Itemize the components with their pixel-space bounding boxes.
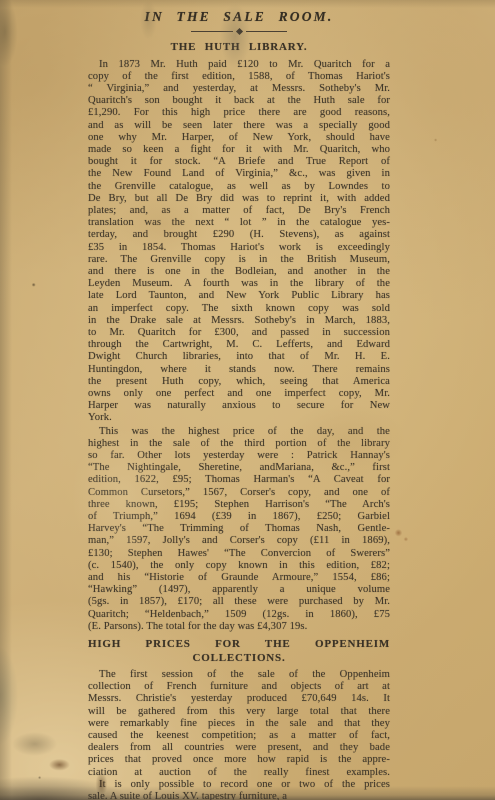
text-line: rare. The Grenville copy is in the Briti…	[88, 254, 390, 266]
text-line: made so keen a fight for it with Mr. Qua…	[88, 144, 390, 156]
text-line: terday, and brought £290 (H. Stevens), a…	[88, 229, 390, 241]
text-line: “The Nightingale, Sheretine, andMariana,…	[88, 462, 390, 474]
text-line: York.	[88, 412, 390, 424]
text-line: ciation at auction of the really finest …	[88, 767, 390, 779]
paragraph: This was the highest price of the day, a…	[88, 426, 390, 633]
rule-with-diamond-icon	[191, 29, 287, 34]
text-line: and there is one in the Bodleian, and an…	[88, 266, 390, 278]
text-line: The first session of the sale of the Opp…	[88, 669, 390, 681]
text-line: the Grenville catalogue, as well as by L…	[88, 181, 390, 193]
text-line: Dwight Church libraries, into that of Mr…	[88, 351, 390, 363]
text-line: Huntingdon, where it stands now. There r…	[88, 364, 390, 376]
text-line: the present Huth copy, which, seeing tha…	[88, 376, 390, 388]
text-line: £130; Stephen Hawes' “The Convercion of …	[88, 548, 390, 560]
text-line: £1,290. For this high price there are go…	[88, 107, 390, 119]
section-heading-line: THE HUTH LIBRARY.	[88, 41, 390, 55]
text-line: Quaritch's son bought it back at the Hut…	[88, 95, 390, 107]
text-line: three known, £195; Stephen Harrison's “T…	[88, 499, 390, 511]
section-heading-line: HIGH PRICES FOR THE OPPENHEIM	[88, 638, 390, 652]
article-2: HIGH PRICES FOR THE OPPENHEIMCOLLECTIONS…	[88, 638, 390, 800]
text-line: Leyden Museum. A fourth was in the libra…	[88, 278, 390, 290]
text-line: “Hawking” (1497), apparently a unique vo…	[88, 584, 390, 596]
text-line: the New Found Land of Virginia,” &c., wa…	[88, 168, 390, 180]
text-line: caused the keenest competition; as a mat…	[88, 730, 390, 742]
text-line: one why Mr. Harper, of New York, should …	[88, 132, 390, 144]
text-line: and as will be seen later there was a sp…	[88, 120, 390, 132]
text-line: “ Virginia,” and yesterday, at Messrs. S…	[88, 83, 390, 95]
newspaper-clipping-scan: IN THE SALE ROOM. THE HUTH LIBRARY.In 18…	[0, 0, 495, 800]
text-line: an imperfect copy. The sixth known copy …	[88, 303, 390, 315]
text-line: in the Drake sale at Messrs. Sotheby's i…	[88, 315, 390, 327]
diamond-icon	[235, 28, 242, 35]
divider-rule-left	[191, 31, 233, 32]
text-line: collection of French furniture and objec…	[88, 681, 390, 693]
text-line: Messrs. Christie's yesterday produced £7…	[88, 693, 390, 705]
text-line: (E. Parsons). The total for the day was …	[88, 621, 390, 633]
text-line: It is only possible to record one or two…	[88, 779, 390, 791]
text-line: Harper was naturally anxious to secure f…	[88, 400, 390, 412]
text-line: edition, 1622, £95; Thomas Harman's “A C…	[88, 474, 390, 486]
text-line: and his “Historie of Graunde Armoure,” 1…	[88, 572, 390, 584]
text-line: of Triumph,” 1694 (£39 in 1867), £250; G…	[88, 511, 390, 523]
text-line: late Lord Taunton, and New York Public L…	[88, 290, 390, 302]
article-column: IN THE SALE ROOM. THE HUTH LIBRARY.In 18…	[88, 0, 390, 800]
paragraph: In 1873 Mr. Huth paid £120 to Mr. Quarit…	[88, 59, 390, 425]
text-line: De Bry, but all De Bry did was to reprin…	[88, 193, 390, 205]
section-heading: THE HUTH LIBRARY.	[88, 41, 390, 55]
text-line: (c. 1540), the only copy known in this e…	[88, 560, 390, 572]
text-line: highest in the sale of the third portion…	[88, 438, 390, 450]
text-line: Harvey's “The Trimming of Thomas Nash, G…	[88, 523, 390, 535]
text-line: sale. A suite of Louis XV. tapestry furn…	[88, 791, 390, 800]
text-line: will be gathered from this very large to…	[88, 706, 390, 718]
text-line: owns only one perfect and one imperfect …	[88, 388, 390, 400]
text-line: In 1873 Mr. Huth paid £120 to Mr. Quarit…	[88, 59, 390, 71]
text-line: Quaritch; “Heldenbach,” 1509 (12gs. in 1…	[88, 609, 390, 621]
text-line: dealers from all countries were present,…	[88, 742, 390, 754]
text-line: (5gs. in 1857), £170; all these were pur…	[88, 596, 390, 608]
text-line: so far. Other lots yesterday were : Patr…	[88, 450, 390, 462]
text-line: to Mr. Quaritch for £300, and passed in …	[88, 327, 390, 339]
text-line: This was the highest price of the day, a…	[88, 426, 390, 438]
text-line: plates; and, as a matter of fact, De Bry…	[88, 205, 390, 217]
paragraph: The first session of the sale of the Opp…	[88, 669, 390, 800]
text-line: bought it for stock. “A Briefe and True …	[88, 156, 390, 168]
text-line: £35 in 1854. Thomas Hariot's work is exc…	[88, 242, 390, 254]
section-heading-line: COLLECTIONS.	[88, 652, 390, 666]
text-line: through the Cartwright, M. C. Lefferts, …	[88, 339, 390, 351]
text-line: translation was the next “ lot ” in the …	[88, 217, 390, 229]
text-line: man,” 1597, Jolly's and Corser's copy (£…	[88, 535, 390, 547]
text-line: Common Cursetors,” 1567, Corser's copy, …	[88, 487, 390, 499]
text-line: prices that proved once more how rapid i…	[88, 754, 390, 766]
text-line: copy of the first edition, 1588, of Thom…	[88, 71, 390, 83]
section-heading: HIGH PRICES FOR THE OPPENHEIMCOLLECTIONS…	[88, 638, 390, 665]
masthead-title: IN THE SALE ROOM.	[88, 9, 390, 25]
text-line: were remarkably fine pieces in the sale …	[88, 718, 390, 730]
divider-rule-right	[246, 31, 288, 32]
article-1: THE HUTH LIBRARY.In 1873 Mr. Huth paid £…	[88, 41, 390, 633]
